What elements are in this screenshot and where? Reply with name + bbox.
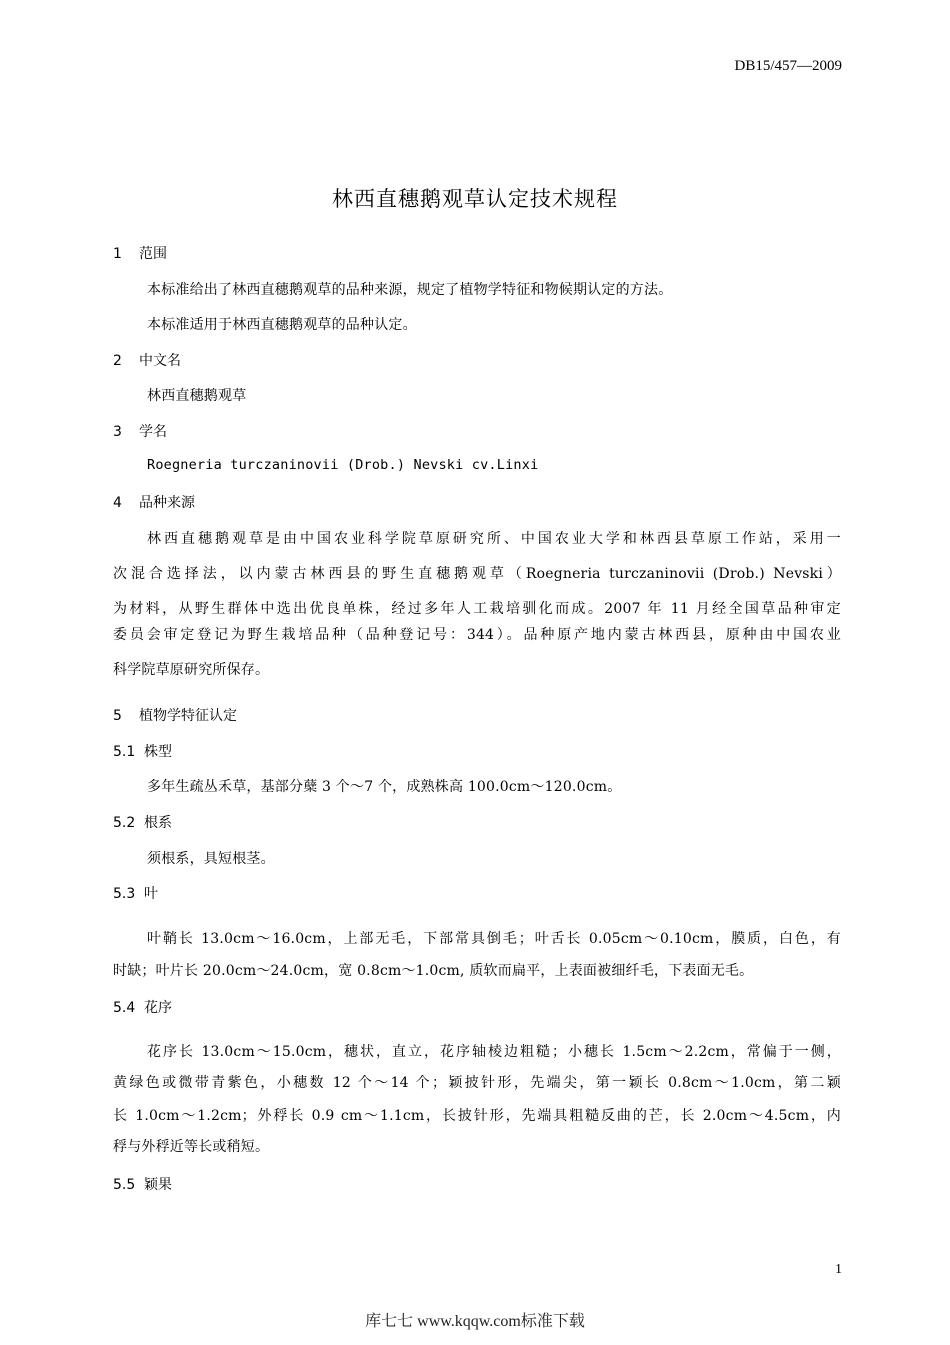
section-number: 5 (113, 708, 139, 724)
section-title: 植物学特征认定 (139, 708, 237, 724)
section-number: 5.3 (113, 886, 144, 902)
document-title: 林西直穗鹅观草认定技术规程 (0, 183, 950, 213)
paragraph-line: 叶鞘长 13.0cm～16.0cm，上部无毛，下部常具倒毛；叶舌长 0.05cm… (147, 928, 841, 948)
section-number: 4 (113, 495, 139, 511)
section-title: 品种来源 (139, 495, 195, 511)
paragraph-line: 本标准给出了林西直穗鹅观草的品种来源，规定了植物学特征和物候期认定的方法。 (147, 279, 672, 299)
paragraph-line: 黄绿色或微带青紫色，小穗数 12 个～14 个；颖披针形，先端尖，第一颖长 0.… (113, 1072, 841, 1092)
section-heading-1: 1范围 (113, 243, 167, 263)
section-title: 株型 (144, 744, 172, 760)
section-number: 5.1 (113, 744, 144, 760)
section-heading-4: 4品种来源 (113, 492, 195, 512)
paragraph-line: 本标准适用于林西直穗鹅观草的品种认定。 (147, 314, 417, 334)
subsection-heading-5-1: 5.1株型 (113, 741, 172, 761)
subsection-heading-5-5: 5.5颖果 (113, 1174, 172, 1194)
section-heading-2: 2中文名 (113, 350, 181, 370)
section-number: 5.2 (113, 815, 144, 831)
paragraph-line: 时缺；叶片长 20.0cm～24.0cm，宽 0.8cm～1.0cm, 质软而扁… (113, 960, 753, 980)
paragraph-line: 须根系，具短根茎。 (147, 848, 275, 868)
footer-watermark: 库七七 www.kqqw.com标准下载 (0, 1308, 950, 1331)
paragraph-line: 长 1.0cm～1.2cm；外稃长 0.9 cm～1.1cm，长披针形，先端具粗… (113, 1105, 841, 1125)
section-heading-3: 3学名 (113, 421, 167, 441)
subsection-heading-5-2: 5.2根系 (113, 812, 172, 832)
page-number: 1 (835, 1262, 842, 1278)
subsection-heading-5-4: 5.4花序 (113, 997, 172, 1017)
section-title: 叶 (144, 886, 158, 902)
standard-code: DB15/457—2009 (734, 58, 842, 75)
scientific-name: Roegneria turczaninovii (Drob.) Nevski c… (147, 457, 538, 473)
section-heading-5: 5植物学特征认定 (113, 705, 237, 725)
section-title: 范围 (139, 246, 167, 262)
paragraph-line: 次混合选择法，以内蒙古林西县的野生直穗鹅观草（Roegneria turczan… (113, 563, 841, 583)
section-number: 5.4 (113, 1000, 144, 1016)
paragraph-line: 科学院草原研究所保存。 (113, 659, 269, 679)
section-number: 3 (113, 424, 139, 440)
paragraph-line: 多年生疏丛禾草，基部分蘖 3 个～7 个，成熟株高 100.0cm～120.0c… (147, 776, 621, 796)
paragraph-line: 稃与外稃近等长或稍短。 (113, 1136, 269, 1156)
section-number: 5.5 (113, 1177, 144, 1193)
section-title: 根系 (144, 815, 172, 831)
section-title: 花序 (144, 1000, 172, 1016)
section-title: 颖果 (144, 1177, 172, 1193)
section-number: 2 (113, 353, 139, 369)
section-title: 中文名 (139, 353, 181, 369)
paragraph-line: 林西直穗鹅观草是由中国农业科学院草原研究所、中国农业大学和林西县草原工作站，采用… (147, 528, 841, 548)
paragraph-line: 林西直穗鹅观草 (147, 385, 246, 405)
section-number: 1 (113, 246, 139, 262)
section-title: 学名 (139, 424, 167, 440)
paragraph-line: 花序长 13.0cm～15.0cm，穗状，直立，花序轴棱边粗糙；小穗长 1.5c… (147, 1041, 841, 1061)
subsection-heading-5-3: 5.3叶 (113, 883, 158, 903)
paragraph-line: 为材料，从野生群体中选出优良单株，经过多年人工栽培驯化而成。2007 年 11 … (113, 598, 841, 618)
paragraph-line: 委员会审定登记为野生栽培品种（品种登记号：344）。品种原产地内蒙古林西县，原种… (113, 624, 841, 644)
